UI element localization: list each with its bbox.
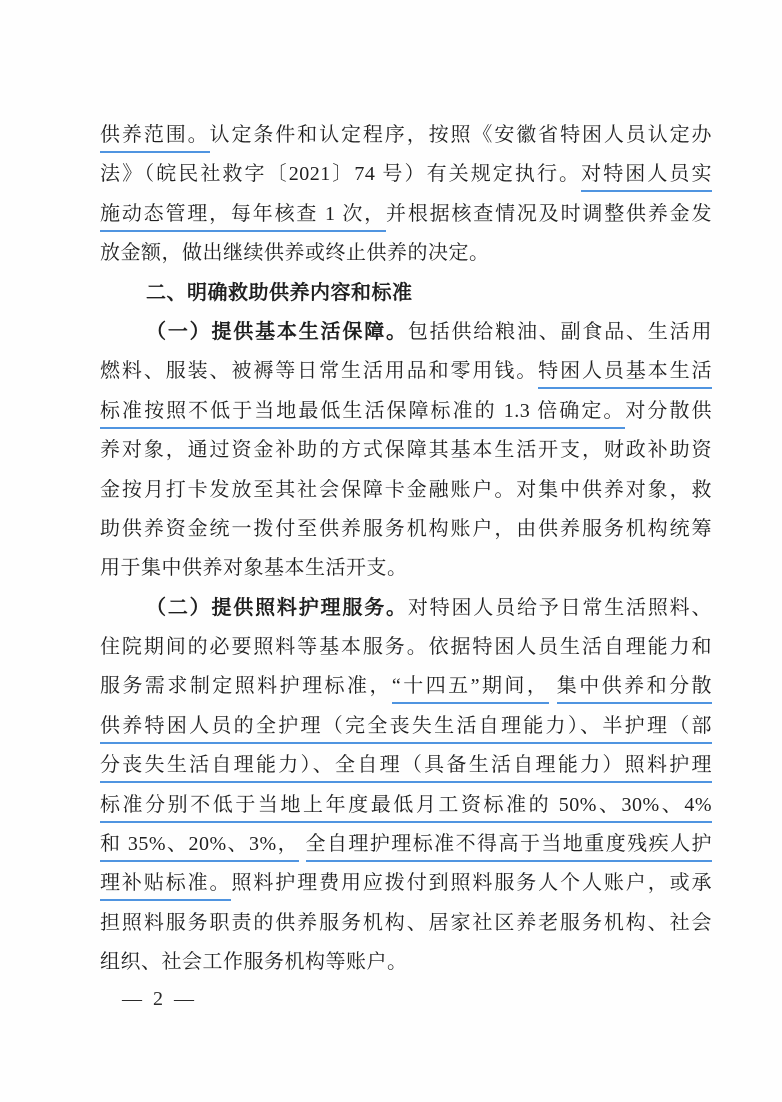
- text-line: 理补贴标准。照料护理费用应拨付到照料服务人个人账户，或承: [100, 864, 712, 903]
- document-page: 供养范围。认定条件和认定程序，按照《安徽省特困人员认定办法》（皖民社救字〔202…: [0, 0, 782, 1102]
- text-line: （二）提供照料护理服务。对特困人员给予日常生活照料、: [100, 589, 712, 628]
- underlined-text: 特困人员基本生活: [538, 360, 712, 389]
- text-line: 供养范围。认定条件和认定程序，按照《安徽省特困人员认定办: [100, 116, 712, 155]
- text-line: 用于集中供养对象基本生活开支。: [100, 549, 712, 588]
- underlined-text: 标准按照不低于当地最低生活保障标准的 1.3 倍确定。: [100, 400, 625, 429]
- text-line: 施动态管理，每年核查 1 次，并根据核查情况及时调整供养金发: [100, 195, 712, 234]
- text-line: 供养特困人员的全护理（完全丧失生活自理能力）、半护理（部: [100, 707, 712, 746]
- text-segment: 养对象，通过资金补助的方式保障其基本生活开支，财政补助资: [100, 439, 712, 461]
- text-segment: 金按月打卡发放至其社会保障卡金融账户。对集中供养对象，救: [100, 479, 712, 501]
- underlined-text: 标准分别不低于当地上年度最低月工资标准的 50%、30%、4%: [100, 794, 712, 823]
- text-line: 助供养资金统一拨付至供养服务机构账户，由供养服务机构统筹: [100, 510, 712, 549]
- page-number: — 2 —: [122, 988, 197, 1011]
- text-line: 放金额，做出继续供养或终止供养的决定。: [100, 234, 712, 273]
- text-segment: 认定条件和认定程序，按照《安徽省特困人员认定办: [210, 124, 712, 146]
- text-line: 标准分别不低于当地上年度最低月工资标准的 50%、30%、4%: [100, 786, 712, 825]
- text-line: 组织、社会工作服务机构等账户。: [100, 943, 712, 982]
- underlined-text: 施动态管理，每年核查 1 次，: [100, 203, 386, 232]
- text-segment: 二、明确救助供养内容和标准: [146, 282, 413, 304]
- text-segment: 包括供给粮油、副食品、生活用: [408, 321, 712, 343]
- underlined-text: 供养范围。: [100, 124, 210, 153]
- text-line: （一）提供基本生活保障。包括供给粮油、副食品、生活用: [100, 313, 712, 352]
- text-segment: [299, 833, 305, 855]
- text-line: 服务需求制定照料护理标准，“十四五”期间， 集中供养和分散: [100, 667, 712, 706]
- text-segment: 燃料、服装、被褥等日常生活用品和零用钱。: [100, 360, 538, 382]
- section-heading: 二、明确救助供养内容和标准: [100, 274, 712, 313]
- text-line: 和 35%、20%、3%， 全自理护理标准不得高于当地重度残疾人护: [100, 825, 712, 864]
- text-segment: 法》（皖民社救字〔2021〕74 号）有关规定执行。: [100, 163, 581, 185]
- text-segment: 对特困人员给予日常生活照料、: [408, 597, 712, 619]
- text-segment: 并根据核查情况及时调整供养金发: [386, 203, 712, 225]
- text-line: 燃料、服装、被褥等日常生活用品和零用钱。特困人员基本生活: [100, 352, 712, 391]
- underlined-text: 供养特困人员的全护理（完全丧失生活自理能力）、半护理（部: [100, 715, 712, 744]
- text-line: 法》（皖民社救字〔2021〕74 号）有关规定执行。对特困人员实: [100, 155, 712, 194]
- text-segment: （一）提供基本生活保障。: [146, 321, 408, 343]
- text-segment: [549, 675, 556, 697]
- document-lines: 供养范围。认定条件和认定程序，按照《安徽省特困人员认定办法》（皖民社救字〔202…: [100, 116, 712, 983]
- underlined-text: 和 35%、20%、3%，: [100, 833, 299, 862]
- underlined-text: 分丧失生活自理能力）、全自理（具备生活自理能力）照料护理: [100, 754, 712, 783]
- text-line: 金按月打卡发放至其社会保障卡金融账户。对集中供养对象，救: [100, 471, 712, 510]
- text-segment: 担照料服务职责的供养服务机构、居家社区养老服务机构、社会: [100, 912, 712, 934]
- underlined-text: 对特困人员实: [581, 163, 712, 192]
- text-segment: 放金额，做出继续供养或终止供养的决定。: [100, 242, 490, 264]
- text-line: 住院期间的必要照料等基本服务。依据特困人员生活自理能力和: [100, 628, 712, 667]
- underlined-text: “十四五”期间，: [392, 675, 549, 704]
- underlined-text: 集中供养和分散: [557, 675, 712, 704]
- text-segment: （二）提供照料护理服务。: [146, 597, 408, 619]
- text-segment: 助供养资金统一拨付至供养服务机构账户，由供养服务机构统筹: [100, 518, 712, 540]
- text-line: 标准按照不低于当地最低生活保障标准的 1.3 倍确定。对分散供: [100, 392, 712, 431]
- text-segment: 服务需求制定照料护理标准，: [100, 675, 392, 697]
- document-body: 供养范围。认定条件和认定程序，按照《安徽省特困人员认定办法》（皖民社救字〔202…: [100, 116, 712, 983]
- underlined-text: 全自理护理标准不得高于当地重度残疾人护: [306, 833, 713, 862]
- text-line: 分丧失生活自理能力）、全自理（具备生活自理能力）照料护理: [100, 746, 712, 785]
- text-line: 养对象，通过资金补助的方式保障其基本生活开支，财政补助资: [100, 431, 712, 470]
- text-line: 担照料服务职责的供养服务机构、居家社区养老服务机构、社会: [100, 904, 712, 943]
- text-segment: 用于集中供养对象基本生活开支。: [100, 557, 408, 579]
- underlined-text: 理补贴标准。: [100, 872, 231, 901]
- text-segment: 对分散供: [625, 400, 712, 422]
- text-segment: 照料护理费用应拨付到照料服务人个人账户，或承: [231, 872, 712, 894]
- text-segment: 住院期间的必要照料等基本服务。依据特困人员生活自理能力和: [100, 636, 712, 658]
- text-segment: 组织、社会工作服务机构等账户。: [100, 951, 408, 973]
